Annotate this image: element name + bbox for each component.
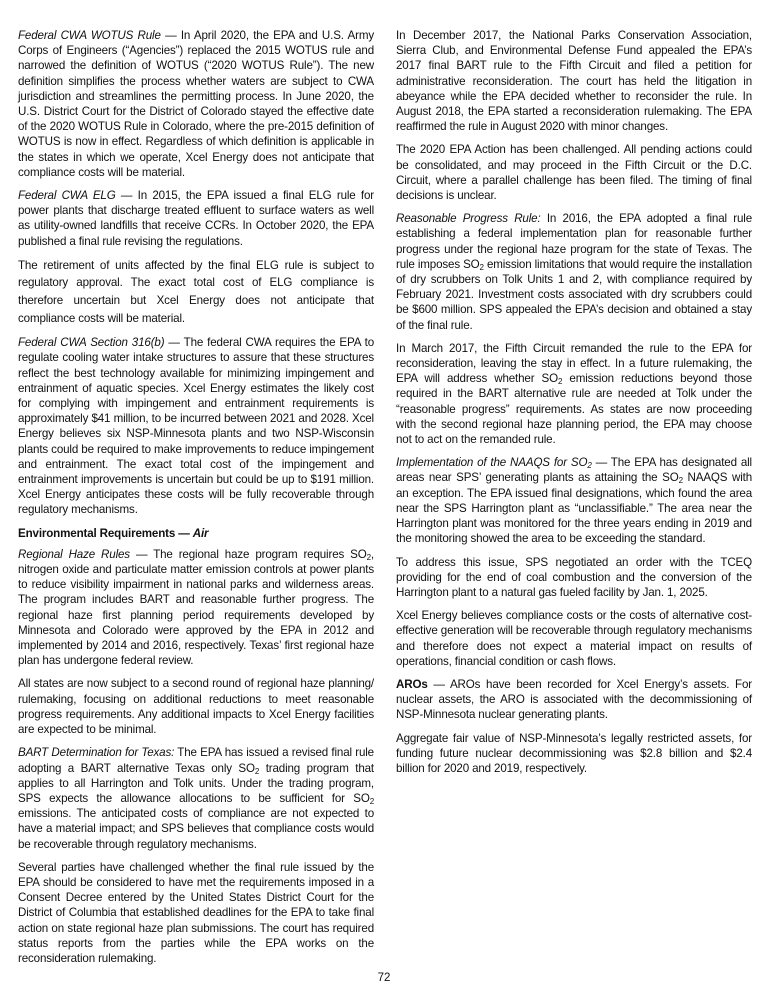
section-316b-title: Federal CWA Section 316(b) — [18, 336, 164, 349]
page-number: 72 — [0, 972, 768, 984]
naaqs-title: Implementation of the NAAQS for SO2 — [396, 456, 592, 469]
em-dash: — — [592, 456, 611, 469]
aros-body: AROs have been recorded for Xcel Energy’… — [396, 678, 752, 721]
em-dash: — — [161, 29, 181, 42]
paragraph-reasonable-progress: Reasonable Progress Rule: In 2016, the E… — [396, 211, 752, 333]
paragraph-elg-retirement: The retirement of units affected by the … — [18, 257, 374, 327]
em-dash: — — [164, 336, 183, 349]
naaqs-title-text: Implementation of the NAAQS for SO — [396, 456, 587, 469]
paragraph-wotus: Federal CWA WOTUS Rule — In April 2020, … — [18, 28, 374, 180]
section-heading-air: Environmental Requirements — Air — [18, 526, 374, 541]
document-page: Federal CWA WOTUS Rule — In April 2020, … — [0, 0, 768, 1000]
paragraph-epa-action-2020: The 2020 EPA Action has been challenged.… — [396, 142, 752, 203]
paragraph-second-round: All states are now subject to a second r… — [18, 676, 374, 737]
regional-haze-title: Regional Haze Rules — [18, 548, 130, 561]
paragraph-aros: AROs — AROs have been recorded for Xcel … — [396, 677, 752, 723]
subscript: 2 — [370, 797, 374, 806]
paragraph-fair-value: Aggregate fair value of NSP-Minnesota’s … — [396, 731, 752, 777]
section-316b-body: The federal CWA requires the EPA to regu… — [18, 336, 374, 516]
paragraph-naaqs: Implementation of the NAAQS for SO2 — Th… — [396, 455, 752, 546]
paragraph-bart-texas: BART Determination for Texas: The EPA ha… — [18, 745, 374, 851]
regional-haze-body: The regional haze program requires SO — [153, 548, 366, 561]
paragraph-elg: Federal CWA ELG — In 2015, the EPA issue… — [18, 188, 374, 249]
paragraph-recoverable: Xcel Energy believes compliance costs or… — [396, 608, 752, 669]
left-column: Federal CWA WOTUS Rule — In April 2020, … — [18, 28, 374, 974]
reasonable-progress-title: Reasonable Progress Rule: — [396, 212, 541, 225]
wotus-body: In April 2020, the EPA and U.S. Army Cor… — [18, 29, 374, 179]
bart-texas-body-end: emissions. The anticipated costs of comp… — [18, 807, 374, 850]
paragraph-regional-haze: Regional Haze Rules — The regional haze … — [18, 547, 374, 669]
heading-sub: Air — [193, 527, 209, 540]
paragraph-march-2017: In March 2017, the Fifth Circuit remande… — [396, 341, 752, 447]
bart-texas-title: BART Determination for Texas: — [18, 746, 174, 759]
paragraph-dec-2017: In December 2017, the National Parks Con… — [396, 28, 752, 134]
em-dash: — — [175, 527, 193, 540]
heading-main: Environmental Requirements — [18, 527, 175, 540]
em-dash: — — [428, 678, 450, 691]
aros-title: AROs — [396, 678, 428, 691]
paragraph-section-316b: Federal CWA Section 316(b) — The federal… — [18, 335, 374, 517]
paragraph-consent-decree: Several parties have challenged whether … — [18, 860, 374, 966]
wotus-title: Federal CWA WOTUS Rule — [18, 29, 161, 42]
right-column: In December 2017, the National Parks Con… — [396, 28, 752, 784]
em-dash: — — [130, 548, 153, 561]
paragraph-tceq: To address this issue, SPS negotiated an… — [396, 555, 752, 601]
elg-title: Federal CWA ELG — [18, 189, 116, 202]
regional-haze-body-cont: , nitrogen oxide and particulate matter … — [18, 548, 374, 667]
em-dash: — — [116, 189, 138, 202]
